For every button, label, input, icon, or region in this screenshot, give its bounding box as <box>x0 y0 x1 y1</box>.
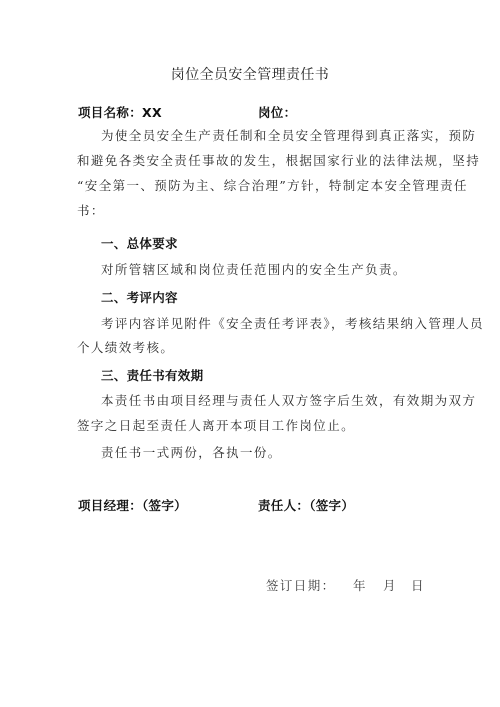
intro-line-2: 和避免各类安全责任事故的发生，根据国家行业的法律法规，坚持 <box>77 153 480 169</box>
position-label: 岗位： <box>258 105 296 121</box>
section-2-line-2: 个人绩效考核。 <box>77 340 174 356</box>
signing-date-label: 签订日期： <box>266 578 336 594</box>
document-page: 岗位全员安全管理责任书 项目名称：XX 岗位： 为使全员安全生产责任制和全员安全… <box>0 0 500 707</box>
section-3-line-3: 责任书一式两份，各执一份。 <box>101 445 282 461</box>
section-1-line-1: 对所管辖区域和岗位责任范围内的安全生产负责。 <box>101 262 407 278</box>
intro-line-1: 为使全员安全生产责任制和全员安全管理得到真正落实，预防 <box>101 128 476 144</box>
section-1-heading: 一、总体要求 <box>101 236 178 252</box>
project-manager-signature-label: 项目经理：（签字） <box>78 498 187 514</box>
signing-date-month: 月 <box>383 578 397 594</box>
responsible-person-signature-label: 责任人：（签字） <box>258 498 354 514</box>
section-3-heading: 三、责任书有效期 <box>101 368 203 384</box>
document-title: 岗位全员安全管理责任书 <box>0 67 500 83</box>
intro-line-4: 书： <box>77 203 105 219</box>
section-2-line-1: 考评内容详见附件《安全责任考评表》，考核结果纳入管理人员 <box>101 316 484 332</box>
project-name-label: 项目名称：XX <box>78 105 162 121</box>
intro-line-3: “安全第一、预防为主、综合治理”方针，特制定本安全管理责任 <box>77 178 468 194</box>
section-2-heading: 二、考评内容 <box>101 290 178 306</box>
signing-date-year: 年 <box>353 578 367 594</box>
signing-date-day: 日 <box>411 578 425 594</box>
section-3-line-2: 签字之日起至责任人离开本项目工作岗位止。 <box>77 418 355 434</box>
section-3-line-1: 本责任书由项目经理与责任人双方签字后生效，有效期为双方 <box>101 393 476 409</box>
